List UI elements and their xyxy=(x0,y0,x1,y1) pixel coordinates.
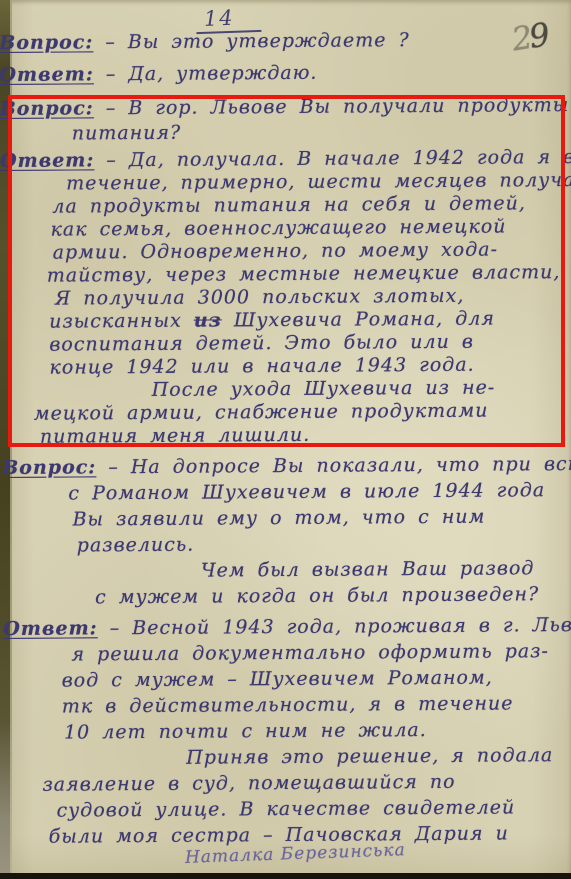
document-line: Ответ:– Весной 1943 года, проживая в г. … xyxy=(3,614,568,644)
question-label: Вопрос: xyxy=(0,97,94,120)
line-text: как семья, военнослужащего немецкой xyxy=(50,215,506,240)
line-text: Приняв это решение, я подала xyxy=(186,744,553,769)
answer-label: Ответ: xyxy=(3,617,97,640)
question-label: Вопрос: xyxy=(2,456,96,479)
line-text: вод с мужем – Шухевичем Романом, xyxy=(62,667,493,692)
line-text: тк в действительности, я в течение xyxy=(62,692,514,717)
document-line: заявление в суд, помещавшийся по xyxy=(42,770,569,800)
line-text: конце 1942 или в начале 1943 года. xyxy=(49,354,474,379)
document-line: развелись. xyxy=(77,531,568,560)
document-line: тк в действительности, я в течение xyxy=(62,692,569,722)
document-line: питания меня лишили. xyxy=(40,422,567,449)
document-line: вод с мужем – Шухевичем Романом, xyxy=(62,666,569,696)
document-line: я решила документально оформить раз- xyxy=(71,640,568,669)
line-text: – В гор. Львове Вы получали продукты xyxy=(106,94,570,119)
question-block-3: Вопрос:– На допросе Вы показали, что при… xyxy=(2,453,568,613)
line-text: Чем был вызван Ваш развод xyxy=(201,557,535,581)
line-text: судовой улице. В качестве свидетелей xyxy=(57,796,516,821)
line-text: – Да, утверждаю. xyxy=(106,62,318,85)
line-text: – На допросе Вы показали, что при встреч… xyxy=(108,453,571,479)
document-line: течение, примерно, шести месяцев получа- xyxy=(66,169,565,195)
line-text: – Весной 1943 года, проживая в г. Львове… xyxy=(110,614,571,640)
line-text: – Вы это утверждаете ? xyxy=(105,29,410,53)
line-text: армии. Одновременно, по моему хода- xyxy=(53,239,498,264)
document-line: Чем был вызван Ваш развод xyxy=(201,557,568,586)
page-number: 14 xyxy=(196,5,262,34)
archive-page-number: 29 xyxy=(510,16,550,59)
question-block-2: Вопрос:– В гор. Львове Вы получали проду… xyxy=(0,94,565,148)
line-text: питания? xyxy=(72,122,181,145)
line-text: После ухода Шухевича из не- xyxy=(152,377,496,401)
line-text: Шухевича Романа, для xyxy=(222,308,495,332)
line-text: с мужем и когда он был произведен? xyxy=(95,583,539,608)
document-text: Вопрос:– Вы это утверждаете ?Ответ:– Да,… xyxy=(0,0,570,879)
line-text: Я получила 3000 польских злотых, xyxy=(55,285,464,310)
line-text: заявление в суд, помещавшийся по xyxy=(42,771,455,796)
document-line: с Романом Шухевичем в июле 1944 года xyxy=(68,479,567,508)
line-text: течение, примерно, шести месяцев получа- xyxy=(66,169,571,195)
line-text: ла продукты питания на себя и детей, xyxy=(52,192,526,217)
line-text: с Романом Шухевичем в июле 1944 года xyxy=(68,479,545,504)
line-text: – Да, получала. В начале 1942 года я в xyxy=(106,146,571,171)
document-line: с мужем и когда он был произведен? xyxy=(95,583,568,612)
line-text: Вы заявили ему о том, что с ним xyxy=(72,506,485,531)
document-line: Вопрос:– На допросе Вы показали, что при… xyxy=(2,453,567,483)
answer-block-3: Ответ:– Весной 1943 года, проживая в г. … xyxy=(3,614,570,852)
line-text: развелись. xyxy=(77,534,195,557)
line-text: я решила документально оформить раз- xyxy=(71,640,549,665)
line-text: изысканных xyxy=(49,310,194,333)
answer-label: Ответ: xyxy=(0,63,94,86)
document-line: Вы заявили ему о том, что с ним xyxy=(72,505,567,534)
crossed-out-word: из xyxy=(194,309,222,331)
line-text: 10 лет почти с ним не жила. xyxy=(64,719,427,744)
answer-block-2: Ответ:– Да, получала. В начале 1942 года… xyxy=(0,146,567,449)
document-line: судовой улице. В качестве свидетелей xyxy=(57,796,570,826)
question-block-1: Вопрос:– Вы это утверждаете ? xyxy=(0,28,564,58)
line-text: питания меня лишили. xyxy=(40,424,310,448)
document-line: 10 лет почти с ним не жила. xyxy=(64,718,569,748)
document-line: Ответ:– Да, утверждаю. xyxy=(0,60,565,90)
answer-label: Ответ: xyxy=(0,149,94,172)
document-line: Приняв это решение, я подала xyxy=(186,744,569,773)
document-line: После ухода Шухевича из не- xyxy=(152,376,567,402)
document-line: Вопрос:– Вы это утверждаете ? xyxy=(0,28,564,58)
answer-block-1: Ответ:– Да, утверждаю. xyxy=(0,60,565,90)
line-text: воспитания детей. Это было или в xyxy=(49,331,474,356)
line-text: тайству, через местные немецкие власти, xyxy=(47,261,561,287)
question-label: Вопрос: xyxy=(0,31,93,54)
document-line: питания? xyxy=(72,119,565,147)
scan-bottom-edge xyxy=(0,873,571,879)
line-text: мецкой армии, снабжение продуктами xyxy=(34,400,489,425)
